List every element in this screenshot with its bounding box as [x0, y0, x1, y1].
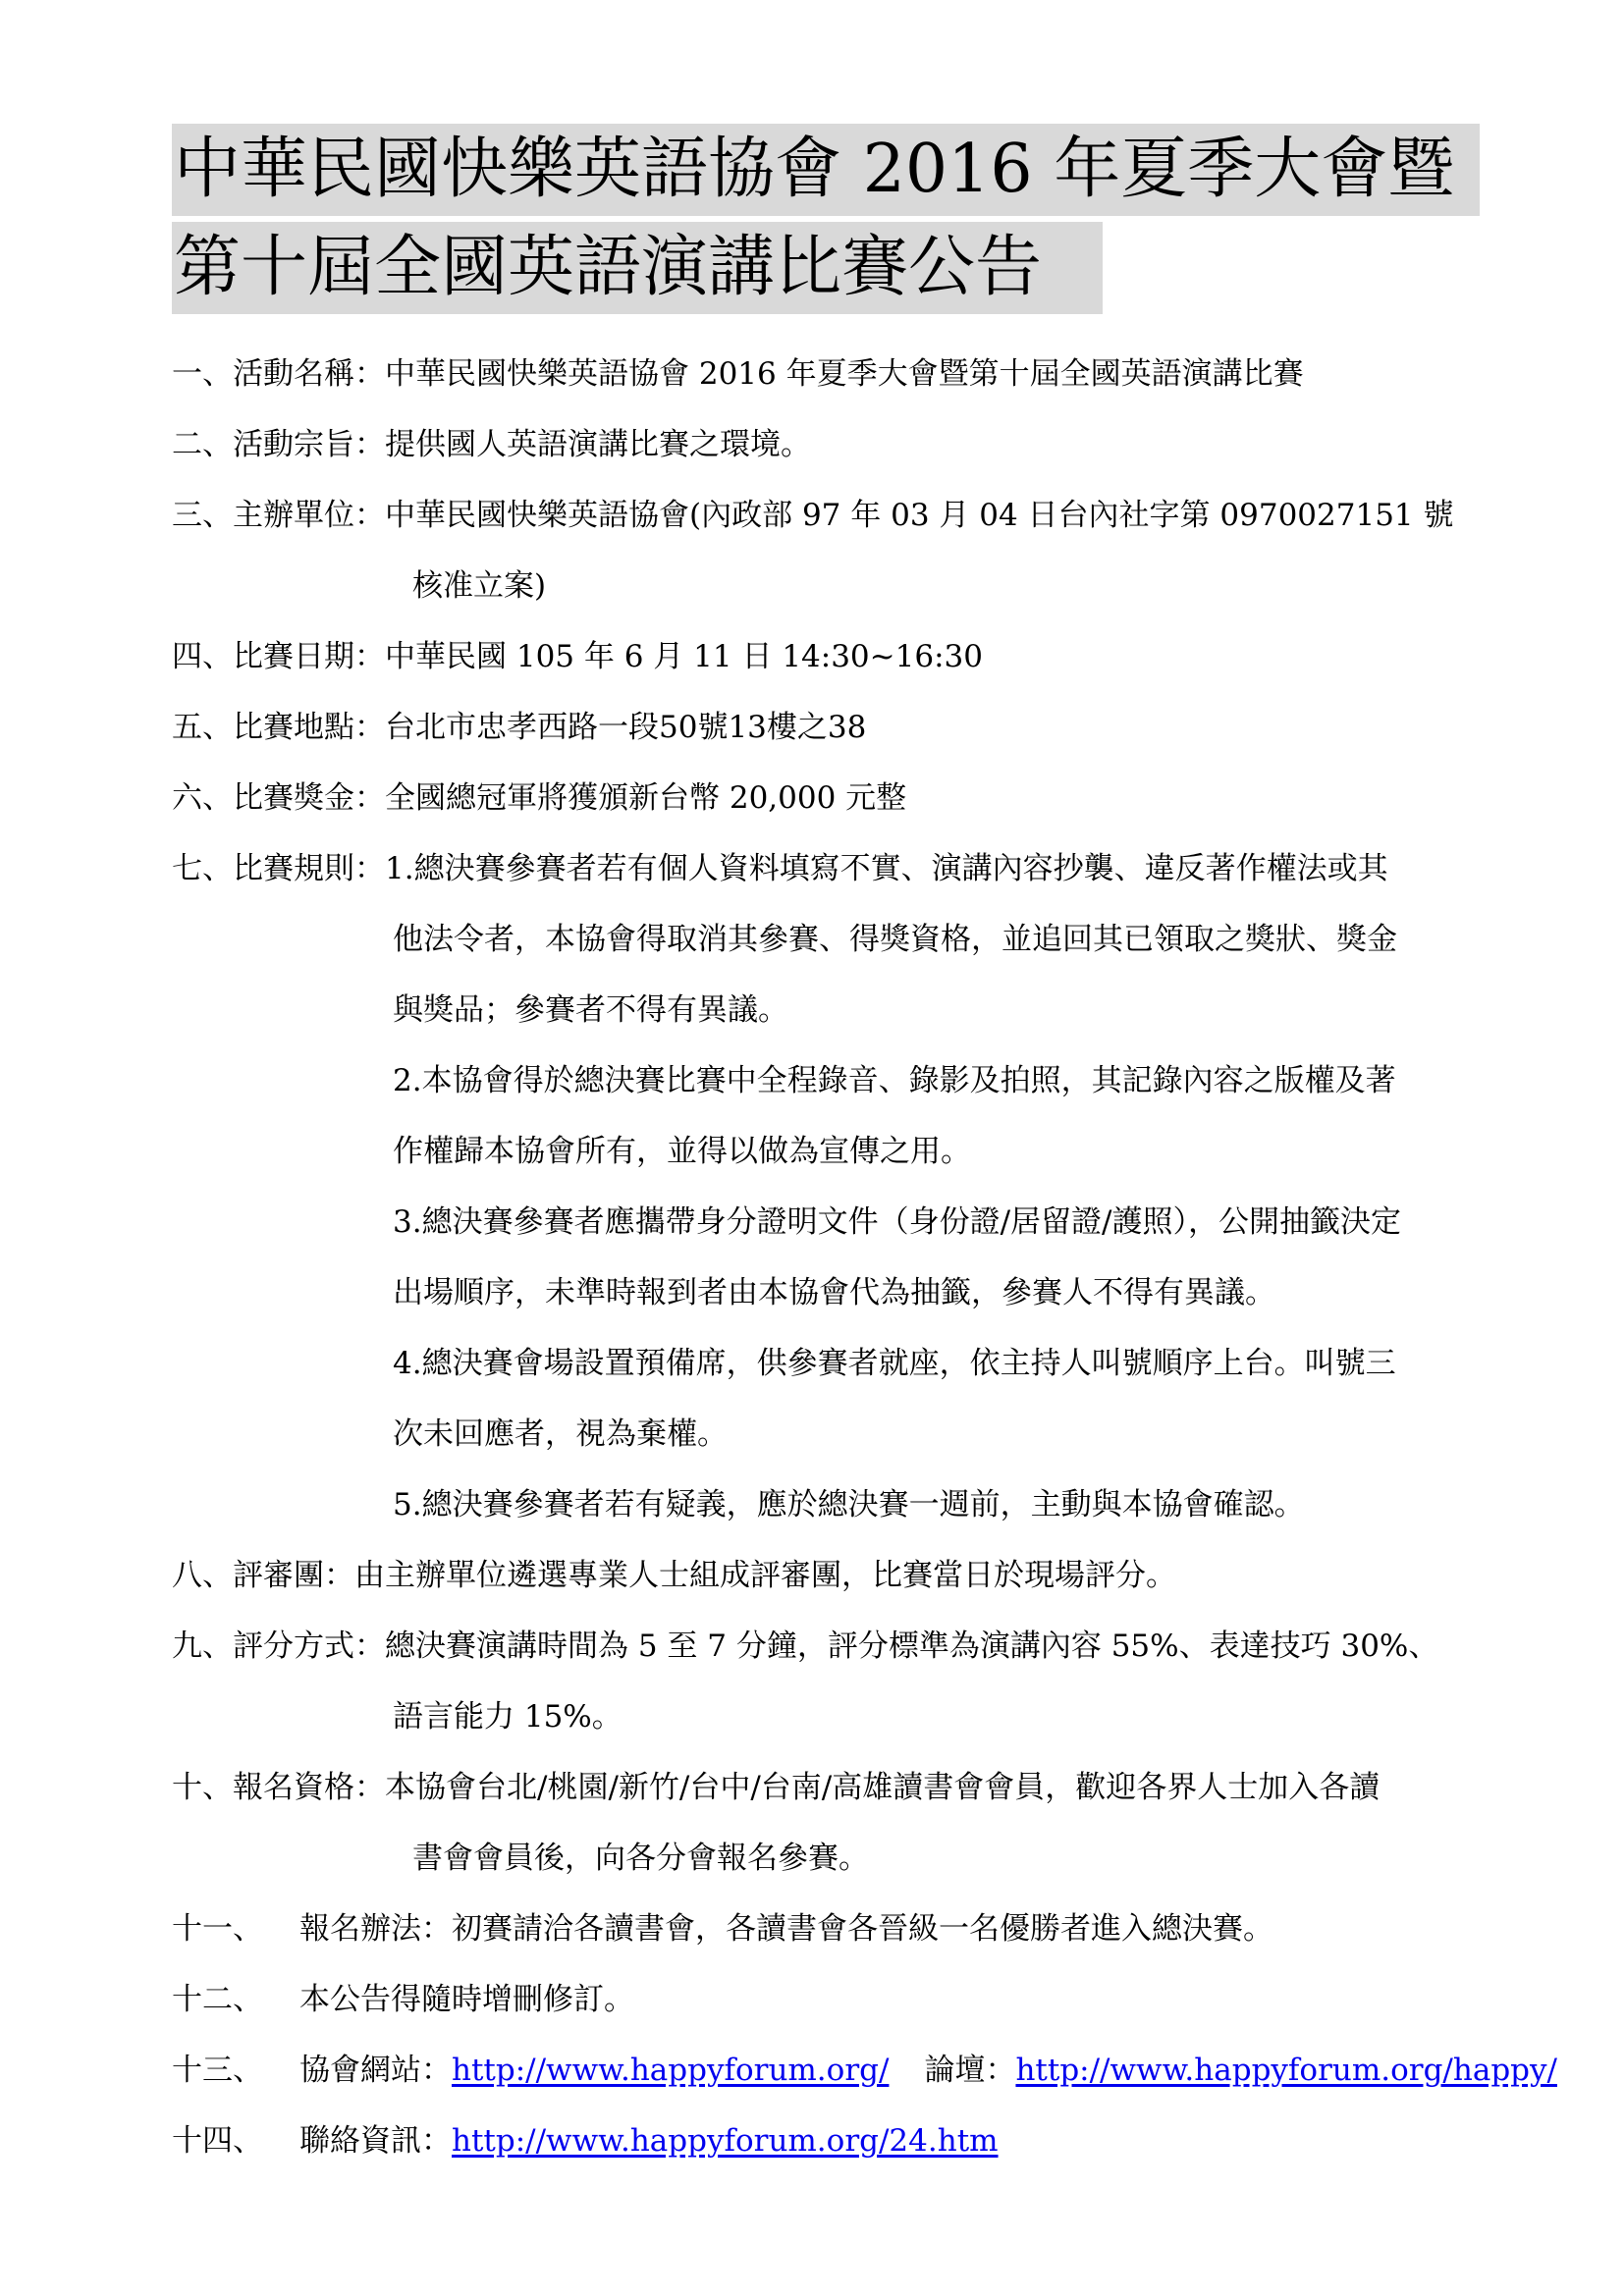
section-content: 本協會台北/桃園/新竹/台中/台南/高雄讀書會會員，歡迎各界人士加入各讀 — [385, 1752, 1380, 1823]
section-5-venue: 五、比賽地點：台北市忠孝西路一段50號13樓之38 — [172, 692, 866, 763]
colon: ： — [421, 2035, 452, 2106]
section-number: 八、 — [172, 1540, 233, 1611]
rule-2-line-2: 作權歸本協會所有，並得以做為宣傳之用。 — [393, 1116, 971, 1187]
rule-3-line-1: 3.總決賽參賽者應攜帶身分證明文件（身份證/居留證/護照），公開抽籤決定 — [393, 1187, 1401, 1257]
section-8-judges: 八、評審團：由主辦單位遴選專業人士組成評審團，比賽當日於現場評分。 — [172, 1540, 1176, 1611]
rule-1-line-3: 與獎品；參賽者不得有異議。 — [393, 975, 788, 1045]
section-content: 中華民國快樂英語協會 2016 年夏季大會暨第十屆全國英語演講比賽 — [385, 339, 1304, 409]
rule-4-line-1: 4.總決賽會場設置預備席，供參賽者就座，依主持人叫號順序上台。叫號三 — [393, 1328, 1396, 1399]
section-label: 活動宗旨 — [233, 409, 354, 480]
rule-1-line-1: 1.總決賽參賽者若有個人資料填寫不實、演講內容抄襲、違反著作權法或其 — [385, 833, 1388, 904]
section-content: 由主辦單位遴選專業人士組成評審團，比賽當日於現場評分。 — [354, 1540, 1176, 1611]
section-number: 十二、 — [172, 1964, 299, 2035]
forum-link[interactable]: http://www.happyforum.org/happy/ — [1015, 2053, 1557, 2088]
section-9-continuation: 語言能力 15%。 — [393, 1682, 623, 1752]
section-4-date: 四、比賽日期：中華民國 105 年 6 月 11 日 14:30~16:30 — [172, 621, 983, 692]
association-website-link[interactable]: http://www.happyforum.org/ — [452, 2053, 889, 2088]
section-14-contact: 十四、聯絡資訊：http://www.happyforum.org/24.htm — [172, 2106, 999, 2176]
section-number: 十四、 — [172, 2106, 299, 2176]
section-number: 四、 — [172, 621, 233, 692]
colon: ： — [354, 1752, 385, 1823]
section-13-websites: 十三、協會網站：http://www.happyforum.org/論壇：htt… — [172, 2035, 1557, 2106]
rule-3-line-2: 出場順序，未準時報到者由本協會代為抽籤，參賽人不得有異議。 — [393, 1257, 1275, 1328]
section-content: 台北市忠孝西路一段50號13樓之38 — [385, 692, 866, 763]
section-label: 比賽規則 — [233, 833, 354, 904]
section-label: 比賽地點 — [233, 692, 354, 763]
section-content: 本公告得隨時增刪修訂。 — [299, 1964, 634, 2035]
colon: ： — [354, 1611, 385, 1682]
colon: ： — [985, 2035, 1015, 2106]
section-number: 十一、 — [172, 1894, 299, 1964]
rule-4-line-2: 次未回應者，視為棄權。 — [393, 1399, 728, 1469]
section-11-registration: 十一、報名辦法：初賽請洽各讀書會，各讀書會各晉級一名優勝者進入總決賽。 — [172, 1894, 1273, 1964]
section-label: 報名資格 — [233, 1752, 354, 1823]
page-title-line-1: 中華民國快樂英語協會 2016 年夏季大會暨 — [172, 124, 1480, 216]
section-10-eligibility: 十、報名資格：本協會台北/桃園/新竹/台中/台南/高雄讀書會會員，歡迎各界人士加… — [172, 1752, 1380, 1823]
section-number: 九、 — [172, 1611, 233, 1682]
section-number: 一、 — [172, 339, 233, 409]
section-number: 五、 — [172, 692, 233, 763]
section-content: 全國總冠軍將獲頒新台幣 20,000 元整 — [385, 763, 906, 833]
colon: ： — [354, 409, 385, 480]
section-number: 三、 — [172, 480, 233, 551]
section-number: 七、 — [172, 833, 233, 904]
section-6-prize: 六、比賽獎金：全國總冠軍將獲頒新台幣 20,000 元整 — [172, 763, 906, 833]
section-12-amendment: 十二、本公告得隨時增刪修訂。 — [172, 1964, 634, 2035]
section-9-scoring: 九、評分方式：總決賽演講時間為 5 至 7 分鐘，評分標準為演講內容 55%、表… — [172, 1611, 1438, 1682]
section-number: 六、 — [172, 763, 233, 833]
section-3-continuation: 核准立案) — [412, 551, 546, 621]
section-label: 活動名稱 — [233, 339, 354, 409]
section-label: 主辦單位 — [233, 480, 354, 551]
contact-info-link[interactable]: http://www.happyforum.org/24.htm — [452, 2123, 999, 2159]
colon: ： — [354, 692, 385, 763]
colon: ： — [354, 339, 385, 409]
forum-label: 論壇 — [924, 2035, 985, 2106]
rule-5-line-1: 5.總決賽參賽者若有疑義，應於總決賽一週前，主動與本協會確認。 — [393, 1469, 1305, 1540]
section-content: 中華民國 105 年 6 月 11 日 14:30~16:30 — [385, 621, 983, 692]
section-label: 評分方式 — [233, 1611, 354, 1682]
colon: ： — [354, 763, 385, 833]
section-label: 聯絡資訊 — [299, 2106, 421, 2176]
colon: ： — [354, 480, 385, 551]
section-label: 報名辦法 — [299, 1894, 421, 1964]
colon: ： — [421, 2106, 452, 2176]
section-label: 比賽日期 — [233, 621, 354, 692]
section-content: 初賽請洽各讀書會，各讀書會各晉級一名優勝者進入總決賽。 — [452, 1894, 1273, 1964]
section-2-purpose: 二、活動宗旨：提供國人英語演講比賽之環境。 — [172, 409, 811, 480]
section-number: 十三、 — [172, 2035, 299, 2106]
section-content: 總決賽演講時間為 5 至 7 分鐘，評分標準為演講內容 55%、表達技巧 30%… — [385, 1611, 1438, 1682]
rule-1-line-2: 他法令者，本協會得取消其參賽、得獎資格，並追回其已領取之獎狀、獎金 — [393, 904, 1397, 975]
section-number: 二、 — [172, 409, 233, 480]
colon: ： — [354, 833, 385, 904]
section-10-continuation: 書會會員後，向各分會報名參賽。 — [412, 1823, 869, 1894]
section-number: 十、 — [172, 1752, 233, 1823]
section-7-rules: 七、比賽規則：1.總決賽參賽者若有個人資料填寫不實、演講內容抄襲、違反著作權法或… — [172, 833, 1388, 904]
section-content: 提供國人英語演講比賽之環境。 — [385, 409, 811, 480]
colon: ： — [324, 1540, 354, 1611]
colon: ： — [354, 621, 385, 692]
section-content: 中華民國快樂英語協會(內政部 97 年 03 月 04 日台內社字第 09700… — [385, 480, 1454, 551]
section-3-organizer: 三、主辦單位：中華民國快樂英語協會(內政部 97 年 03 月 04 日台內社字… — [172, 480, 1454, 551]
colon: ： — [421, 1894, 452, 1964]
section-label: 評審團 — [233, 1540, 324, 1611]
section-label: 協會網站 — [299, 2035, 421, 2106]
section-label: 比賽獎金 — [233, 763, 354, 833]
rule-2-line-1: 2.本協會得於總決賽比賽中全程錄音、錄影及拍照，其記錄內容之版權及著 — [393, 1045, 1396, 1116]
section-1-activity-name: 一、活動名稱：中華民國快樂英語協會 2016 年夏季大會暨第十屆全國英語演講比賽 — [172, 339, 1304, 409]
page-title-line-2: 第十屆全國英語演講比賽公告 — [172, 222, 1103, 314]
document-page: 中華民國快樂英語協會 2016 年夏季大會暨 第十屆全國英語演講比賽公告 一、活… — [0, 0, 1624, 2296]
